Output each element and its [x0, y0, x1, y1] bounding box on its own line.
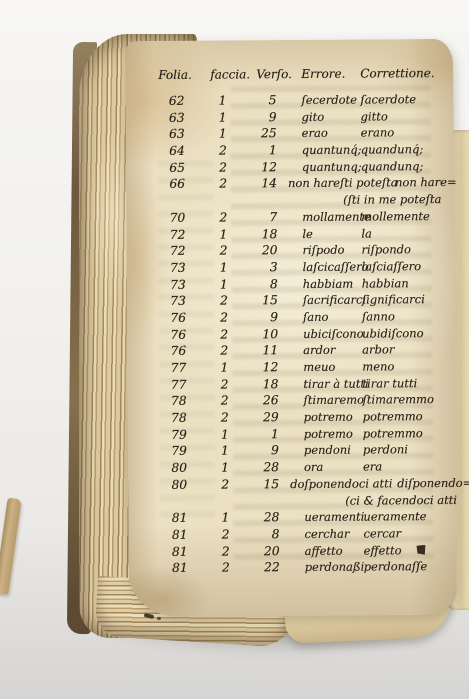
cell-folio: 81: [148, 527, 189, 544]
cell-correttione: quandunq;: [361, 158, 448, 175]
cell-faccia: 2: [188, 393, 232, 410]
cell-errore: potremo: [283, 425, 363, 442]
cell-folio: 80: [148, 477, 189, 494]
cell-folio: 64: [146, 143, 187, 160]
cell-faccia: 2: [189, 476, 233, 493]
header-folio: Folia.: [158, 67, 192, 84]
cell-correttione: quandunq́;: [361, 141, 448, 158]
table-row: 63 1 9 gito gitto: [145, 108, 447, 127]
cell-correttione: (ci & facendoci atti: [345, 491, 457, 508]
table-row: 63 1 25 erao erano: [146, 124, 448, 143]
table-row: 80 2 15 doſponendoci atti diſponendo=: [148, 475, 450, 494]
cell-folio: 79: [148, 426, 189, 443]
cell-errore: erao: [281, 125, 361, 142]
cell-errore: ſano: [282, 308, 362, 325]
cell-verso: 10: [232, 326, 282, 343]
cell-folio: 76: [147, 310, 188, 327]
cell-verso: 18: [231, 226, 281, 243]
cell-faccia: 1: [188, 359, 232, 376]
table-row: 70 2 7 mollamente mollemente: [146, 208, 448, 227]
cell-verso: 29: [233, 409, 283, 426]
cell-correttione: riſpondo: [361, 241, 448, 258]
cell-faccia: 2: [188, 376, 232, 393]
cell-folio: 81: [149, 543, 190, 560]
cell-folio: 77: [147, 360, 188, 377]
cell-correttione: ſtimaremmo: [362, 391, 449, 408]
cell-faccia: 1: [188, 259, 232, 276]
table-row: (ſti in me poteſta: [146, 191, 448, 210]
cell-verso: 9: [233, 442, 283, 459]
cell-errore: ſecerdote: [280, 92, 360, 109]
cell-faccia: 2: [187, 159, 231, 176]
errata-table: Folia. faccia. Verſo. Errore. Correttion…: [145, 65, 451, 577]
cell-correttione-text: ſignificarci: [362, 292, 425, 306]
cell-correttione-text: ueramente: [363, 509, 426, 523]
cell-correttione-text: potremmo: [363, 409, 423, 423]
cell-correttione: ſanno: [362, 308, 449, 325]
cell-errore: potremo: [283, 409, 363, 426]
cell-faccia: 1: [186, 92, 230, 109]
cell-errore: ueramenti: [283, 509, 363, 526]
cell-correttione-text: riſpondo: [361, 242, 411, 256]
cell-correttione-text: cercar: [363, 526, 401, 540]
cell-correttione: effetto: [363, 541, 450, 558]
cell-folio: 66: [146, 176, 187, 193]
cell-errore: doſponendoci atti: [269, 475, 363, 492]
cell-correttione-text: gitto: [360, 109, 387, 123]
cell-correttione-text: tirar tutti: [362, 376, 417, 390]
cell-correttione-text: ubidiſcono: [362, 326, 424, 340]
cell-folio: 80: [148, 460, 189, 477]
cell-correttione: perdonaſſe: [364, 558, 451, 575]
cell-folio: 73: [147, 293, 188, 310]
cell-errore: tirar à tutti: [282, 375, 362, 392]
cell-correttione-text: erano: [361, 126, 395, 140]
cell-faccia: 1: [189, 443, 233, 460]
cell-correttione-text: habbian: [362, 276, 409, 290]
cell-faccia: 2: [189, 526, 233, 543]
cell-errore: cerchar: [283, 525, 363, 542]
cell-correttione: gitto: [360, 108, 447, 125]
cell-correttione: erano: [361, 124, 448, 141]
cell-verso: 20: [231, 242, 281, 259]
cell-correttione: ſacerdote: [360, 91, 447, 108]
table-row: 72 2 20 riſpodo riſpondo: [146, 241, 448, 260]
cell-correttione-text: ſanno: [362, 309, 395, 323]
cell-errore: ubiciſcono: [282, 325, 362, 342]
cell-correttione: era: [363, 458, 450, 475]
cell-folio: 81: [148, 510, 189, 527]
cell-correttione-text: non hare=: [395, 175, 457, 189]
cell-verso: 18: [232, 376, 282, 393]
cell-folio: 76: [147, 326, 188, 343]
cell-errore: mollamente: [281, 208, 361, 225]
table-row: 78 2 29 potremo potremmo: [148, 408, 450, 427]
cell-folio: 72: [146, 243, 187, 260]
cell-verso: 20: [233, 543, 283, 560]
cell-faccia: 2: [187, 142, 231, 159]
cell-correttione-text: ſacerdote: [360, 92, 416, 106]
ink-blot: [416, 545, 425, 555]
cell-correttione-text: arbor: [362, 343, 394, 357]
table-header-row: Folia. faccia. Verſo. Errore. Correttion…: [145, 65, 447, 93]
cell-faccia: 2: [188, 309, 232, 326]
cell-errore: ſtimaremo: [282, 392, 362, 409]
cell-correttione-text: effetto: [364, 543, 402, 557]
table-row: 81 2 8 cerchar cercar: [148, 525, 450, 544]
table-row: (ci & facendoci atti: [148, 491, 450, 510]
cell-faccia: 1: [189, 510, 233, 527]
paper-fleck-small: [157, 617, 161, 620]
cell-faccia: 1: [189, 426, 233, 443]
cell-correttione: mollemente: [361, 208, 448, 225]
cell-errore: laſcicaſſero: [282, 258, 362, 275]
cell-verso: 15: [232, 292, 282, 309]
header-errore: Errore.: [301, 66, 345, 83]
cell-correttione-text: (ſti in me poteſta: [343, 192, 441, 207]
cell-faccia: 1: [186, 109, 230, 126]
table-row: 76 2 11 ardor arbor: [147, 341, 449, 360]
vellum-tie: [0, 497, 22, 594]
cell-verso: 11: [232, 342, 282, 359]
cell-correttione-text: quandunq;: [361, 159, 424, 173]
cell-errore: affetto: [283, 542, 363, 559]
cell-faccia: 1: [187, 126, 231, 143]
cell-folio: 65: [146, 159, 187, 176]
cell-correttione-text: potremmo: [363, 426, 423, 440]
cell-correttione: (ſti in me poteſta: [343, 191, 448, 208]
cell-errore: habbiam: [282, 275, 362, 292]
cell-errore: le: [281, 225, 361, 242]
cell-errore: riſpodo: [281, 242, 361, 259]
cell-faccia: 2: [188, 326, 232, 343]
cell-verso: 26: [232, 392, 282, 409]
cell-verso: 9: [230, 109, 280, 126]
cell-errore: ora: [283, 459, 363, 476]
table-row: 78 2 26 ſtimaremo ſtimaremmo: [147, 391, 449, 410]
cell-correttione-text: (ci & facendoci atti: [345, 492, 457, 507]
cell-correttione-text: ſtimaremmo: [362, 392, 433, 406]
cell-faccia: 2: [187, 176, 231, 193]
cell-correttione: ſignificarci: [362, 291, 449, 308]
cell-verso: 28: [233, 459, 283, 476]
cell-correttione-text: laſciaſſero: [362, 259, 422, 273]
cell-correttione: ubidiſcono: [362, 325, 449, 342]
cell-errore: ſacrificarci: [282, 292, 362, 309]
cell-verso: 9: [232, 309, 282, 326]
cell-faccia: 2: [187, 243, 231, 260]
cell-errore: ardor: [282, 342, 362, 359]
cell-folio: 62: [145, 93, 186, 110]
cell-correttione: potremmo: [363, 408, 450, 425]
table-row: 64 2 1 quantunq́; quandunq́;: [146, 141, 448, 160]
table-row: 79 1 1 potremo potremmo: [148, 425, 450, 444]
book-photo: Folia. faccia. Verſo. Errore. Correttion…: [0, 0, 469, 699]
table-row: 77 1 12 meuo meno: [147, 358, 449, 377]
cell-faccia: 2: [188, 293, 232, 310]
cell-faccia: 2: [187, 209, 231, 226]
cell-correttione-text: mollemente: [361, 209, 430, 223]
cell-correttione: potremmo: [363, 425, 450, 442]
cell-correttione: laſciaſſero: [362, 258, 449, 275]
cell-faccia: 2: [190, 560, 234, 577]
table-row: 81 2 20 affetto effetto: [149, 541, 451, 560]
cell-verso: 22: [234, 559, 284, 576]
cell-folio: 78: [147, 393, 188, 410]
cell-correttione: habbian: [362, 274, 449, 291]
cell-faccia: 1: [187, 226, 231, 243]
cell-correttione: la: [361, 224, 448, 241]
cell-folio: 79: [148, 443, 189, 460]
cell-verso: 25: [231, 125, 281, 142]
header-correttione: Correttione.: [360, 65, 434, 82]
cell-errore: quantunq́;: [281, 142, 361, 159]
table-row: 79 1 9 pendoni perdoni: [148, 441, 450, 460]
cell-folio: 63: [145, 109, 186, 126]
table-row: 73 2 15 ſacrificarci ſignificarci: [147, 291, 449, 310]
cell-errore: perdonaßi: [284, 559, 364, 576]
cell-correttione-text: diſponendo=: [397, 476, 469, 491]
errata-page: Folia. faccia. Verſo. Errore. Correttion…: [125, 39, 457, 617]
table-row: 73 1 3 laſcicaſſero laſciaſſero: [147, 258, 449, 277]
table-row: 81 1 28 ueramenti ueramente: [148, 508, 450, 527]
cell-verso: 5: [230, 92, 280, 109]
table-row: 65 2 12 quantunq; quandunq;: [146, 158, 448, 177]
cell-errore: meuo: [282, 359, 362, 376]
cell-folio: 72: [146, 226, 187, 243]
table-row: 81 2 22 perdonaßi perdonaſſe: [149, 558, 451, 577]
cell-correttione: tirar tutti: [362, 375, 449, 392]
cell-verso: 1: [231, 142, 281, 159]
table-row: 72 1 18 le la: [146, 224, 448, 243]
cell-verso: 7: [231, 209, 281, 226]
cell-folio: 76: [147, 343, 188, 360]
cell-faccia: 1: [189, 460, 233, 477]
table-row: 77 2 18 tirar à tutti tirar tutti: [147, 375, 449, 394]
cell-correttione-text: perdonaſſe: [364, 559, 428, 573]
cell-faccia: 2: [190, 543, 234, 560]
cell-folio: 70: [146, 210, 187, 227]
cell-errore: pendoni: [283, 442, 363, 459]
cell-correttione-text: meno: [362, 359, 394, 373]
cell-errore: non hareſti poteſta: [267, 175, 361, 192]
cell-folio: 73: [147, 260, 188, 277]
header-verso: Verſo.: [256, 66, 292, 83]
cell-verso: 1: [233, 426, 283, 443]
cell-verso: 8: [233, 526, 283, 543]
cell-correttione-text: quandunq́;: [361, 142, 424, 156]
cell-folio: 63: [146, 126, 187, 143]
cell-folio: 73: [147, 276, 188, 293]
cell-verso: 28: [233, 509, 283, 526]
cell-correttione: ueramente: [363, 508, 450, 525]
table-row: 62 1 5 ſecerdote ſacerdote: [145, 91, 447, 110]
cell-verso: 12: [232, 359, 282, 376]
cell-folio: 77: [147, 376, 188, 393]
table-row: 76 2 9 ſano ſanno: [147, 308, 449, 327]
cell-correttione-text: perdoni: [363, 443, 408, 457]
cell-errore: quantunq;: [281, 158, 361, 175]
cell-verso: 12: [231, 159, 281, 176]
cell-correttione-text: la: [361, 226, 372, 240]
table-row: 76 2 10 ubiciſcono ubidiſcono: [147, 325, 449, 344]
cell-correttione: cercar: [363, 525, 450, 542]
cell-correttione: perdoni: [363, 441, 450, 458]
cell-errore: gito: [280, 108, 360, 125]
cell-correttione: non hare=: [361, 174, 457, 191]
cell-folio: 78: [148, 410, 189, 427]
table-row: 66 2 14 non hareſti poteſta non hare=: [146, 174, 448, 193]
cell-verso: 3: [232, 259, 282, 276]
cell-correttione: diſponendo=: [363, 475, 469, 492]
cell-faccia: 1: [188, 276, 232, 293]
cell-correttione: meno: [362, 358, 449, 375]
table-rows: 62 1 5 ſecerdote ſacerdote 63 1 9 gito g…: [145, 91, 450, 577]
cell-faccia: 2: [189, 409, 233, 426]
cell-faccia: 2: [188, 343, 232, 360]
table-row: 80 1 28 ora era: [148, 458, 450, 477]
cell-correttione-text: era: [363, 459, 382, 473]
cell-correttione: arbor: [362, 341, 449, 358]
header-faccia: faccia.: [210, 66, 250, 83]
table-row: 73 1 8 habbiam habbian: [147, 274, 449, 293]
cell-verso: 8: [232, 276, 282, 293]
cell-folio: 81: [149, 560, 190, 577]
